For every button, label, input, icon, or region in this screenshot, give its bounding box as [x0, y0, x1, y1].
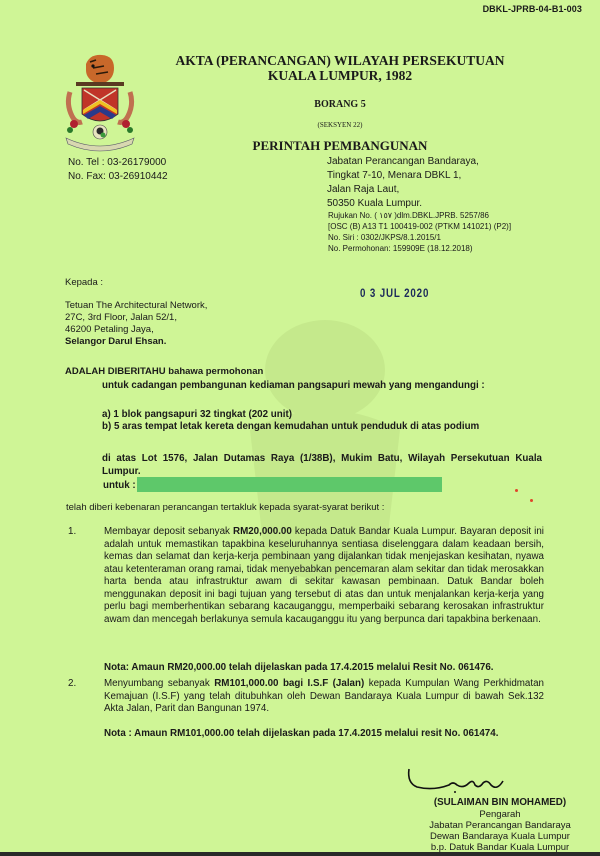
sender-address: Jabatan Perancangan Bandaraya, Tingkat 7… — [327, 155, 479, 211]
purpose-label: untuk : — [103, 480, 136, 491]
notice-lead: ADALAH DIBERITAHU bahawa permohonan — [65, 366, 263, 377]
condition-amount: RM20,000.00 — [233, 526, 292, 537]
page-bottom-edge — [0, 852, 600, 856]
proposal-item: a) 1 blok pangsapuri 32 tingkat (202 uni… — [102, 409, 542, 421]
recipient-line: 27C, 3rd Floor, Jalan 52/1, — [65, 312, 207, 324]
signature-icon — [403, 765, 513, 793]
condition-amount: RM101,000.00 bagi I.S.F (Jalan) — [214, 678, 364, 689]
proposal-items: a) 1 blok pangsapuri 32 tingkat (202 uni… — [102, 409, 542, 433]
condition-note: Nota : Amaun RM101,000.00 telah dijelask… — [104, 728, 498, 739]
lot-location: di atas Lot 1576, Jalan Dutamas Raya (1/… — [102, 452, 542, 478]
document-code: DBKL-JPRB-04-B1-003 — [483, 4, 582, 14]
date-stamp: 0 3 JUL 2020 — [360, 288, 429, 300]
proposal-item: b) 5 aras tempat letak kereta dengan kem… — [102, 421, 542, 433]
telephone-number: No. Tel : 03-26179000 — [68, 157, 166, 168]
section-reference: (SEKSYEN 22) — [170, 121, 510, 129]
redaction-bar — [137, 477, 442, 492]
notice-lead-bold: ADALAH DIBERITAHU — [65, 366, 166, 377]
condition-text: Menyumbang sebanyak RM101,000.00 bagi I.… — [104, 678, 544, 716]
fax-number: No. Fax: 03-26910442 — [68, 171, 168, 182]
recipient-line: 46200 Petaling Jaya, — [65, 324, 207, 336]
notice-lead-rest: bahawa permohonan — [166, 366, 264, 377]
reference-line: Rujukan No. ( ١٥٧ )dlm.DBKL.JPRB. 5257/8… — [328, 210, 511, 221]
form-number: BORANG 5 — [170, 99, 510, 110]
recipient-label: Kepada : — [65, 277, 103, 288]
reference-line: No. Siri : 0302/JKPS/8.1.2015/1 — [328, 232, 511, 243]
document-page: DBKL-JPRB-04-B1-003 AKTA (PERANCANGAN) W… — [0, 0, 600, 856]
condition-number: 1. — [68, 526, 76, 537]
dbkl-crest-icon — [60, 52, 140, 158]
signatory-council: Dewan Bandaraya Kuala Lumpur — [380, 831, 600, 843]
condition-number: 2. — [68, 678, 76, 689]
condition-text-part: Membayar deposit sebanyak — [104, 526, 233, 537]
proposal-intro: untuk cadangan pembangunan kediaman pang… — [102, 380, 542, 391]
recipient-state: Selangor Darul Ehsan. — [65, 336, 207, 348]
reference-line: No. Permohonan: 159909E (18.12.2018) — [328, 243, 511, 254]
condition-note: Nota: Amaun RM20,000.00 telah dijelaskan… — [104, 662, 494, 673]
sender-address-line: 50350 Kuala Lumpur. — [327, 197, 479, 211]
recipient-line: Tetuan The Architectural Network, — [65, 300, 207, 312]
condition-text-part: Menyumbang sebanyak — [104, 678, 214, 689]
condition-text-part: kepada Datuk Bandar Kuala Lumpur. Bayara… — [104, 526, 544, 625]
sender-address-line: Jalan Raja Laut, — [327, 183, 479, 197]
recipient-address: Tetuan The Architectural Network, 27C, 3… — [65, 300, 207, 348]
reference-line: [OSC (B) A13 T1 100419-002 (PTKM 141021)… — [328, 221, 511, 232]
sender-address-line: Tingkat 7-10, Menara DBKL 1, — [327, 169, 479, 183]
signatory-name: (SULAIMAN BIN MOHAMED) — [380, 797, 600, 809]
red-mark — [530, 499, 533, 502]
document-heading: PERINTAH PEMBANGUNAN — [170, 138, 510, 154]
signatory-title: Pengarah — [380, 809, 600, 821]
signatory-department: Jabatan Perancangan Bandaraya — [380, 820, 600, 832]
reference-numbers: Rujukan No. ( ١٥٧ )dlm.DBKL.JPRB. 5257/8… — [328, 210, 511, 254]
condition-text: Membayar deposit sebanyak RM20,000.00 ke… — [104, 526, 544, 626]
sender-address-line: Jabatan Perancangan Bandaraya, — [327, 155, 479, 169]
act-title-line-1: AKTA (PERANCANGAN) WILAYAH PERSEKUTUAN — [170, 53, 510, 69]
red-mark — [515, 489, 518, 492]
act-title-line-2: KUALA LUMPUR, 1982 — [170, 68, 510, 84]
granted-statement: telah diberi kebenaran perancangan terta… — [66, 502, 384, 513]
